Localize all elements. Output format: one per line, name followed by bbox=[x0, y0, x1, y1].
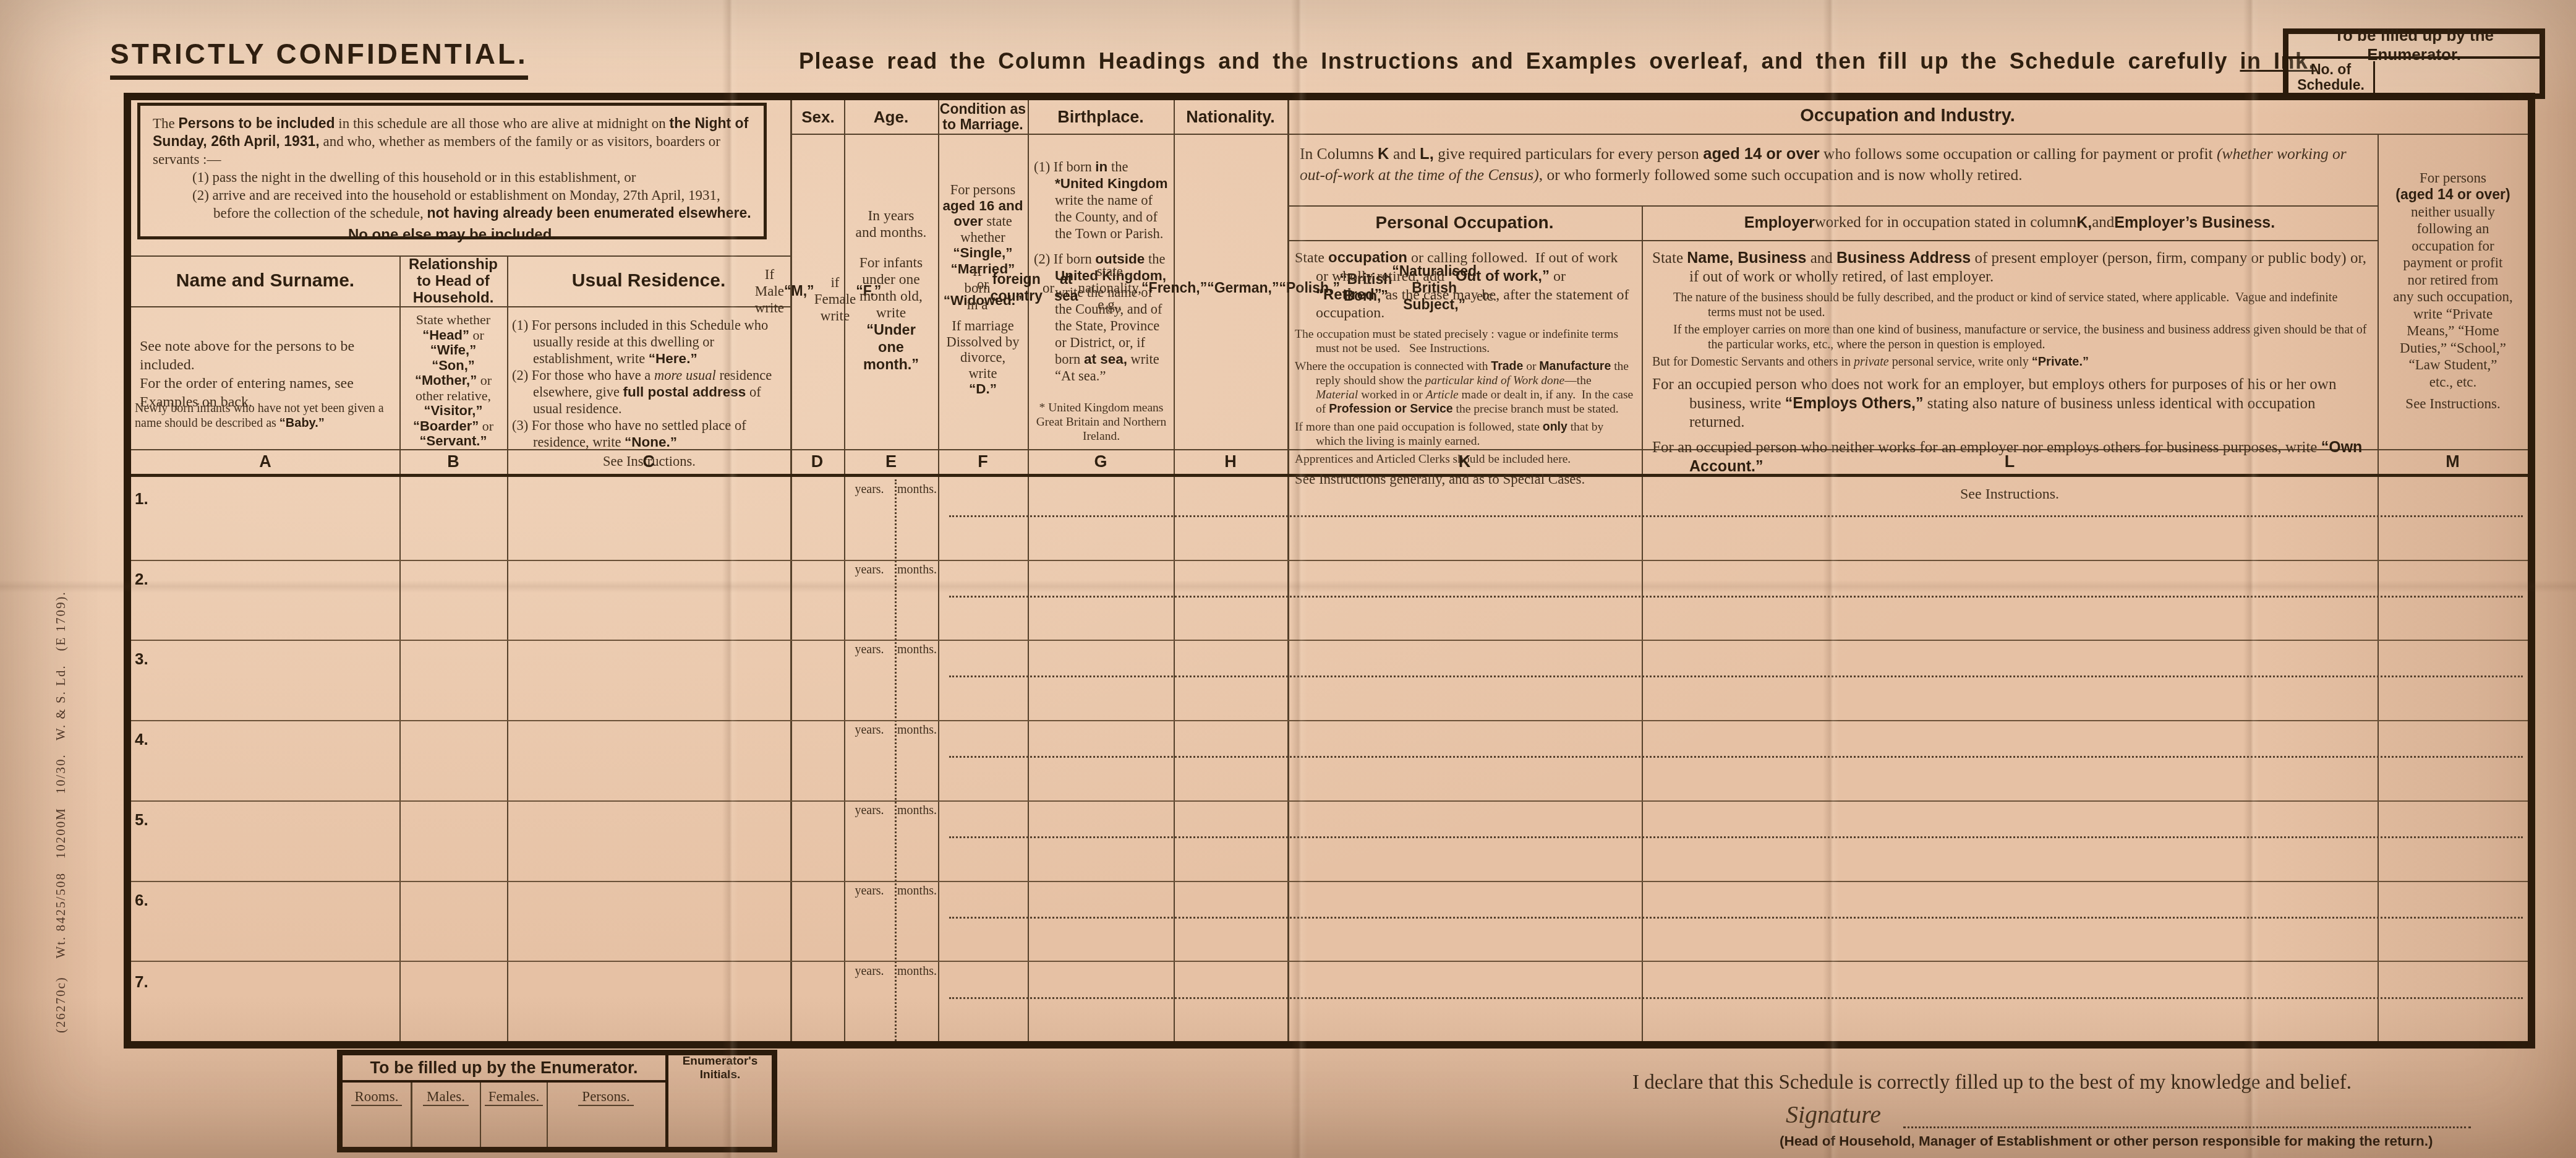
col-d-body: IfMalewrite“M,”ifFemalewrite“F.” bbox=[792, 148, 844, 433]
months-label: months. bbox=[897, 804, 937, 818]
row-number: 4. bbox=[135, 730, 148, 749]
years-label: years. bbox=[846, 723, 893, 737]
col-l-header: Employer worked for in occupation stated… bbox=[1648, 207, 2371, 239]
schedule-number-box-title: To be filled up by the Enumerator. bbox=[2288, 34, 2540, 59]
col-c-item-2: (2) For those who have a more usual resi… bbox=[512, 367, 787, 417]
col-a-header: Name and Surname. bbox=[131, 255, 399, 306]
row-number: 7. bbox=[135, 972, 148, 992]
col-c-body: (1) For persons included in this Schedul… bbox=[512, 317, 787, 470]
years-label: years. bbox=[846, 804, 893, 818]
col-c-item-1: (1) For persons included in this Schedul… bbox=[512, 317, 787, 367]
col-m-text: For persons(aged 14 or over)neither usua… bbox=[2393, 169, 2513, 391]
males-header: Males. bbox=[412, 1085, 480, 1110]
row-number: 2. bbox=[135, 570, 148, 589]
row-number: 1. bbox=[135, 489, 148, 508]
years-label: years. bbox=[846, 482, 893, 497]
answer-dotted-line bbox=[949, 917, 2523, 919]
answer-dotted-line bbox=[949, 756, 2523, 758]
row-divider bbox=[131, 640, 2528, 641]
schedule-number-entry-space bbox=[2377, 61, 2540, 93]
col-e-header: Age. bbox=[844, 100, 938, 134]
col-h-body: If born in aforeign country orat sea sta… bbox=[1175, 142, 1286, 433]
row-divider bbox=[131, 560, 2528, 561]
col-a-body: See note above for the persons to be inc… bbox=[140, 337, 395, 411]
females-header: Females. bbox=[481, 1085, 547, 1110]
grid-line bbox=[1642, 205, 1643, 1041]
note-item-2: (2) arrive and are received into the hou… bbox=[153, 186, 751, 222]
grid-line bbox=[2378, 134, 2379, 1041]
col-d-header: Sex. bbox=[792, 100, 844, 134]
col-letter-a: A bbox=[131, 449, 399, 474]
grid-line bbox=[1028, 100, 1029, 1041]
answer-dotted-line bbox=[949, 596, 2523, 598]
enumerator-box-title: To be filled up by the Enumerator. bbox=[343, 1055, 665, 1083]
col-c-item-3: (3) For those who have no settled place … bbox=[512, 417, 787, 450]
col-g-item-1: (1) If born in the *United Kingdom write… bbox=[1034, 158, 1169, 242]
months-label: months. bbox=[897, 563, 937, 577]
note-footer: No one else may be included. bbox=[153, 226, 751, 244]
col-l-small-3: But for Domestic Servants and others in … bbox=[1652, 354, 2367, 369]
note-item-1: (1) pass the night in the dwelling of th… bbox=[153, 168, 751, 186]
col-letter-k: K bbox=[1287, 449, 1642, 474]
col-b-header: Relationshipto Head ofHousehold. bbox=[399, 255, 507, 306]
col-e-body: In yearsand months. For infantsunder one… bbox=[844, 142, 938, 439]
months-label: months. bbox=[897, 723, 937, 737]
col-letter-f: F bbox=[938, 449, 1028, 474]
col-k-small-1: The occupation must be stated precisely … bbox=[1295, 327, 1634, 356]
col-l-small-1: The nature of the business should be ful… bbox=[1652, 290, 2367, 320]
row-divider bbox=[131, 720, 2528, 721]
col-h-header: Nationality. bbox=[1174, 100, 1287, 134]
months-label: months. bbox=[897, 643, 937, 657]
row-divider bbox=[131, 881, 2528, 882]
col-k-p1: State occupation or calling followed. If… bbox=[1295, 249, 1634, 322]
row-number: 5. bbox=[135, 810, 148, 830]
col-letter-h: H bbox=[1174, 449, 1287, 474]
enumerator-initials-label: Enumerator's Initials. bbox=[668, 1058, 772, 1079]
col-l-see-instructions: See Instructions. bbox=[1652, 485, 2367, 504]
years-label: years. bbox=[846, 884, 893, 898]
col-letter-l: L bbox=[1642, 449, 2378, 474]
years-label: years. bbox=[846, 643, 893, 657]
col-letter-m: M bbox=[2378, 449, 2528, 474]
col-e-body-1: In yearsand months. bbox=[856, 208, 927, 241]
row-number: 6. bbox=[135, 891, 148, 910]
col-g-header: Birthplace. bbox=[1028, 100, 1174, 134]
col-l-p2: For an occupied person who does not work… bbox=[1652, 375, 2367, 432]
signature-line bbox=[1903, 1101, 2471, 1128]
grid-line bbox=[547, 1083, 548, 1147]
col-k-small-3: If more than one paid occupation is foll… bbox=[1295, 420, 1634, 448]
persons-to-include-note: The Persons to be included in this sched… bbox=[137, 103, 767, 239]
col-k-small-2: Where the occupation is connected with T… bbox=[1295, 359, 1634, 416]
schedule-number-label: No. ofSchedule. bbox=[2288, 61, 2375, 93]
row-number: 3. bbox=[135, 650, 148, 669]
note-intro: The Persons to be included in this sched… bbox=[153, 114, 751, 168]
row-divider bbox=[131, 961, 2528, 962]
years-label: years. bbox=[846, 563, 893, 577]
grid-line bbox=[411, 1083, 412, 1147]
grid-line bbox=[507, 255, 508, 1041]
declaration-text: I declare that this Schedule is correctl… bbox=[1632, 1071, 2352, 1094]
grid-line bbox=[790, 134, 2528, 135]
answer-dotted-line bbox=[949, 836, 2523, 838]
col-letter-g: G bbox=[1028, 449, 1174, 474]
col-m-see-instructions: See Instructions. bbox=[2405, 395, 2500, 413]
col-c-header: Usual Residence. bbox=[507, 255, 790, 306]
col-e-body-2: For infantsunder onemonth old,write“Unde… bbox=[859, 255, 923, 374]
enumerator-summary-box: To be filled up by the Enumerator. Rooms… bbox=[337, 1050, 777, 1152]
persons-header: Persons. bbox=[548, 1085, 664, 1110]
col-a-note: Newly born infants who have not yet been… bbox=[135, 401, 397, 431]
rooms-header: Rooms. bbox=[343, 1085, 411, 1110]
grid-line bbox=[131, 306, 790, 307]
schedule-number-box: To be filled up by the Enumerator. No. o… bbox=[2283, 28, 2545, 99]
grid-line bbox=[1287, 240, 2378, 241]
enumerator-initials-space bbox=[668, 1080, 772, 1146]
occupation-industry-title: Occupation and Industry. bbox=[1287, 99, 2528, 132]
col-k-header: Personal Occupation. bbox=[1287, 205, 1642, 240]
col-letter-b: B bbox=[399, 449, 507, 474]
col-b-body: State whether“Head” or“Wife,”“Son,”“Moth… bbox=[399, 312, 507, 449]
grid-line bbox=[1174, 100, 1175, 1041]
col-f-body-2: If marriageDissolved bydivorce,write“D.” bbox=[946, 318, 1019, 397]
months-label: months. bbox=[897, 964, 937, 979]
grid-line bbox=[1287, 100, 1289, 1041]
months-label: months. bbox=[897, 884, 937, 898]
years-label: years. bbox=[846, 964, 893, 979]
answer-dotted-line bbox=[949, 675, 2523, 677]
answer-dotted-line bbox=[949, 515, 2523, 517]
census-schedule-sheet: STRICTLY CONFIDENTIAL. Please read the C… bbox=[0, 0, 2576, 1158]
col-g-footnote: * United Kingdom means Great Britain and… bbox=[1034, 401, 1169, 444]
col-letter-c: C bbox=[507, 449, 790, 474]
signature-note: (Head of Household, Manager of Establish… bbox=[1780, 1133, 2433, 1149]
col-f-header: Condition asto Marriage. bbox=[938, 100, 1028, 134]
page-title: STRICTLY CONFIDENTIAL. bbox=[110, 37, 528, 80]
row-divider bbox=[131, 800, 2528, 802]
months-label: months. bbox=[897, 482, 937, 497]
grid-line bbox=[480, 1083, 481, 1147]
occupation-intro: In Columns K and L, give required partic… bbox=[1300, 144, 2367, 185]
col-l-p1: State Name, Business and Business Addres… bbox=[1652, 249, 2367, 286]
signature-label: Signature bbox=[1786, 1100, 1881, 1129]
col-l-small-2: If the employer carries on more than one… bbox=[1652, 322, 2367, 352]
printer-imprint: (26270c) Wt. 8425/508 10200M 10/30. W. &… bbox=[53, 575, 69, 1033]
col-letter-e: E bbox=[844, 449, 938, 474]
col-m-body: For persons(aged 14 or over)neither usua… bbox=[2381, 142, 2525, 439]
fill-in-ink-instruction: Please read the Column Headings and the … bbox=[799, 48, 2316, 74]
answer-dotted-line bbox=[949, 997, 2523, 999]
col-letter-d: D bbox=[790, 449, 844, 474]
